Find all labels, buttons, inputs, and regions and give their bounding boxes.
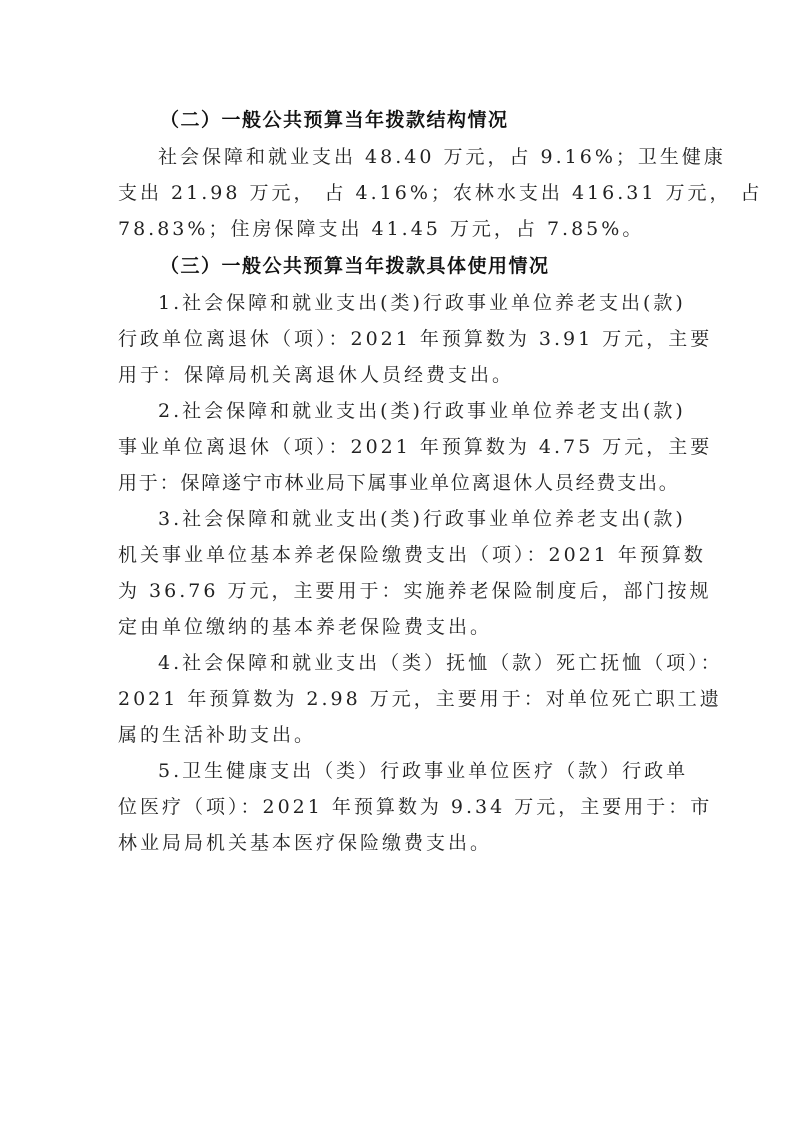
text-line: 机关事业单位基本养老保险缴费支出（项）：2021 年预算数 [118, 537, 678, 573]
text-line: 属的生活补助支出。 [118, 717, 678, 753]
text-line: 为 36.76 万元，主要用于：实施养老保险制度后，部门按规 [118, 573, 678, 609]
paragraph-item-4: 4.社会保障和就业支出（类）抚恤（款）死亡抚恤（项）： 2021 年预算数为 2… [118, 645, 678, 753]
text-line: 78.83%；住房保障支出 41.45 万元，占 7.85%。 [118, 211, 678, 247]
paragraph-item-5: 5.卫生健康支出（类）行政事业单位医疗（款）行政单 位医疗（项）：2021 年预… [118, 753, 678, 861]
text-line: 事业单位离退休（项）：2021 年预算数为 4.75 万元，主要 [118, 429, 678, 465]
paragraph-budget-structure: 社会保障和就业支出 48.40 万元，占 9.16%；卫生健康 支出 21.98… [118, 139, 678, 247]
text-line: 位医疗（项）：2021 年预算数为 9.34 万元，主要用于：市 [118, 789, 678, 825]
paragraph-item-3: 3.社会保障和就业支出(类)行政事业单位养老支出(款) 机关事业单位基本养老保险… [118, 501, 678, 645]
text-line: 林业局局机关基本医疗保险缴费支出。 [118, 825, 678, 861]
text-line: 5.卫生健康支出（类）行政事业单位医疗（款）行政单 [118, 753, 678, 789]
text-line: 4.社会保障和就业支出（类）抚恤（款）死亡抚恤（项）： [118, 645, 678, 681]
text-line: 2021 年预算数为 2.98 万元，主要用于：对单位死亡职工遗 [118, 681, 678, 717]
text-line: 行政单位离退休（项）：2021 年预算数为 3.91 万元，主要 [118, 321, 678, 357]
text-line: 3.社会保障和就业支出(类)行政事业单位养老支出(款) [118, 501, 678, 537]
text-line: 用于：保障局机关离退休人员经费支出。 [118, 357, 678, 393]
document-page: （二）一般公共预算当年拨款结构情况 社会保障和就业支出 48.40 万元，占 9… [118, 103, 678, 861]
paragraph-item-1: 1.社会保障和就业支出(类)行政事业单位养老支出(款) 行政单位离退休（项）：2… [118, 285, 678, 393]
text-line: 2.社会保障和就业支出(类)行政事业单位养老支出(款) [118, 393, 678, 429]
text-line: 用于：保障遂宁市林业局下属事业单位离退休人员经费支出。 [118, 465, 678, 501]
text-line: 1.社会保障和就业支出(类)行政事业单位养老支出(款) [118, 285, 678, 321]
text-line: 定由单位缴纳的基本养老保险费支出。 [118, 609, 678, 645]
section-heading-usage: （三）一般公共预算当年拨款具体使用情况 [118, 249, 678, 283]
text-line: 支出 21.98 万元， 占 4.16%；农林水支出 416.31 万元， 占 [118, 175, 678, 211]
section-heading-structure: （二）一般公共预算当年拨款结构情况 [118, 103, 678, 137]
text-line: 社会保障和就业支出 48.40 万元，占 9.16%；卫生健康 [118, 139, 678, 175]
paragraph-item-2: 2.社会保障和就业支出(类)行政事业单位养老支出(款) 事业单位离退休（项）：2… [118, 393, 678, 501]
